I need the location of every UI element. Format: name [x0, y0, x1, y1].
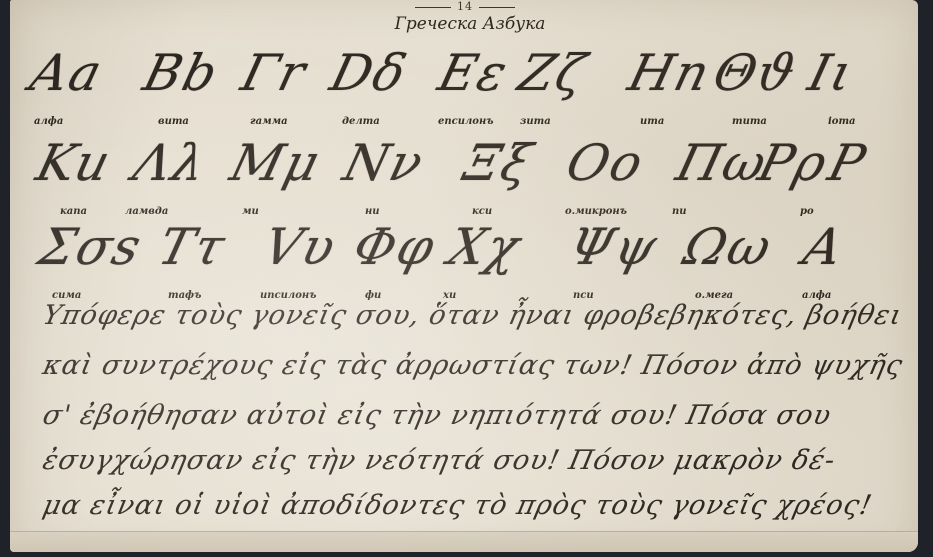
- letter-glyph: Ξξ: [459, 138, 538, 188]
- letter-glyph: Pρ: [754, 138, 834, 188]
- letter-glyph: Ψψ: [564, 222, 664, 272]
- letter-glyph: Tτ: [154, 222, 231, 272]
- letter-pair: Tτ: [160, 222, 225, 272]
- verse-line-3: σ' ἐβοήθησαν αὐτοὶ εἰς τὴν νηπιότητά σου…: [40, 400, 907, 431]
- letter-name-label: ми: [242, 206, 259, 217]
- letter-pair: Ku: [38, 138, 110, 188]
- letter-pair: Xχ: [450, 222, 520, 272]
- letter-pair: A: [805, 222, 843, 272]
- letter-pair: Φφ: [355, 222, 435, 272]
- verse-line-1: Υπόφερε τοὺς γονεῖς σου, ὅταν ἦναι φροβε…: [40, 300, 907, 331]
- letter-pair: Πω: [678, 138, 766, 188]
- letter-pair: Eε: [440, 48, 507, 98]
- letter-glyph: Bb: [139, 48, 224, 98]
- letter-glyph: Zζ: [514, 48, 592, 98]
- letter-name-label: епсилонъ: [438, 116, 494, 127]
- letter-name-label: ита: [640, 116, 664, 127]
- letter-name-label: ро: [800, 206, 814, 217]
- letter-glyph: Hn: [624, 48, 716, 98]
- letter-glyph: Γr: [237, 48, 312, 98]
- letter-glyph: Oo: [562, 138, 650, 188]
- letter-pair: Nν: [345, 138, 423, 188]
- letter-pair: Zζ: [520, 48, 586, 98]
- letter-glyph: Dδ: [326, 48, 413, 98]
- letter-pair: P: [830, 138, 866, 188]
- verse-line-4: ἐσυγχώρησαν εἰς τὴν νεότητά σου! Πόσον μ…: [40, 445, 907, 476]
- letter-name-label: тита: [732, 116, 767, 127]
- letter-glyph: P: [824, 138, 872, 188]
- letter-pair: Hn: [630, 48, 710, 98]
- letter-pair: Vυ: [265, 222, 336, 272]
- letter-glyph: Vυ: [259, 222, 342, 272]
- letter-name-label: пи: [672, 206, 687, 217]
- letter-glyph: Ωω: [679, 222, 778, 272]
- letter-glyph: Ku: [32, 138, 117, 188]
- letter-pair: Θϑ: [715, 48, 796, 98]
- letter-pair: Ψψ: [570, 222, 657, 272]
- letter-glyph: Xχ: [444, 222, 526, 272]
- letter-name-label: алфа: [34, 116, 63, 127]
- letter-name-label: делта: [342, 116, 380, 127]
- letter-glyph: A: [799, 222, 850, 272]
- letter-name-label: зита: [520, 116, 551, 127]
- letter-glyph: Iι: [804, 48, 860, 98]
- letter-glyph: Nν: [339, 138, 430, 188]
- page-title: Греческа Азбука: [350, 14, 590, 34]
- letter-name-label: кси: [472, 206, 492, 217]
- letter-glyph: Λλ: [129, 138, 213, 188]
- letter-pair: Ξξ: [465, 138, 532, 188]
- letter-glyph: Eε: [434, 48, 514, 98]
- letter-name-label: іота: [828, 116, 856, 127]
- letter-glyph: Mμ: [226, 138, 326, 188]
- letter-glyph: Aa: [26, 48, 108, 98]
- letter-name-label: вита: [158, 116, 189, 127]
- letter-glyph: Θϑ: [709, 48, 802, 98]
- letter-pair: Bb: [145, 48, 218, 98]
- verse-line-5: μα εἶναι οἱ υἱοὶ ἀποδίδοντες τὸ πρὸς τοὺ…: [40, 490, 907, 521]
- letter-name-label: ни: [365, 206, 380, 217]
- copybook-page: 14 Греческа Азбука AaалфаBbвитаΓrгаммаDδ…: [10, 0, 918, 552]
- letter-pair: Oo: [568, 138, 643, 188]
- letter-glyph: Σσs: [34, 222, 148, 272]
- letter-glyph: Φφ: [349, 222, 441, 272]
- verse-line-2: καὶ συντρέχους εἰς τὰς ἀρρωστίας των! Πό…: [40, 350, 907, 381]
- letter-pair: Γr: [243, 48, 306, 98]
- page-bottom-edge: [10, 531, 918, 552]
- letter-pair: Dδ: [332, 48, 406, 98]
- letter-pair: Ωω: [685, 222, 771, 272]
- letter-name-label: гамма: [250, 116, 288, 127]
- page-number: 14: [390, 0, 540, 13]
- letter-pair: Λλ: [135, 138, 207, 188]
- letter-name-label: ламвда: [125, 206, 168, 217]
- letter-pair: Aa: [32, 48, 102, 98]
- letter-pair: Iι: [810, 48, 853, 98]
- letter-pair: Σσs: [40, 222, 141, 272]
- letter-name-label: капа: [60, 206, 87, 217]
- letter-pair: Mμ: [232, 138, 320, 188]
- letter-name-label: о.микронъ: [565, 206, 627, 217]
- letter-pair: Pρ: [760, 138, 827, 188]
